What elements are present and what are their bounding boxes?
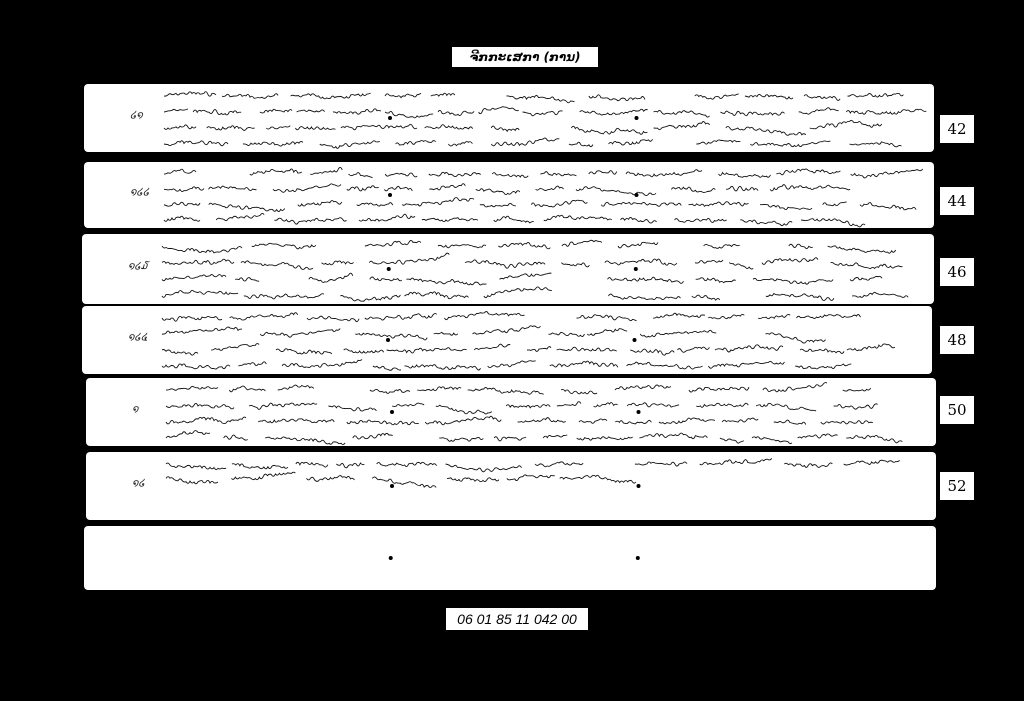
handwritten-text [86, 452, 936, 520]
handwritten-text [82, 234, 934, 304]
manuscript-leaf: ໑໒ [86, 452, 936, 520]
handwritten-text [84, 162, 934, 228]
page-number-label: 50 [940, 396, 974, 424]
page-number-label: 52 [940, 472, 974, 500]
handwritten-text [86, 378, 936, 446]
handwritten-text [84, 526, 936, 590]
manuscript-leaf: ໑ [86, 378, 936, 446]
page-number-label: 44 [940, 187, 974, 215]
manuscript-leaf: ໑໒໓ [82, 234, 934, 304]
manuscript-leaf [84, 526, 936, 590]
page-number-label: 42 [940, 115, 974, 143]
page-number-label: 46 [940, 258, 974, 286]
handwritten-text [84, 84, 934, 152]
page-number-label: 48 [940, 326, 974, 354]
manuscript-leaf: ໑໒໔ [82, 306, 932, 374]
reel-number-label: 06 01 85 11 042 00 [446, 608, 588, 630]
handwritten-text [82, 306, 932, 374]
manuscript-leaf: ໑໒໒ [84, 162, 934, 228]
manuscript-leaf: ໒໑ [84, 84, 934, 152]
document-title-label: ຈີກກະເສກາ (ການ) [452, 47, 598, 67]
